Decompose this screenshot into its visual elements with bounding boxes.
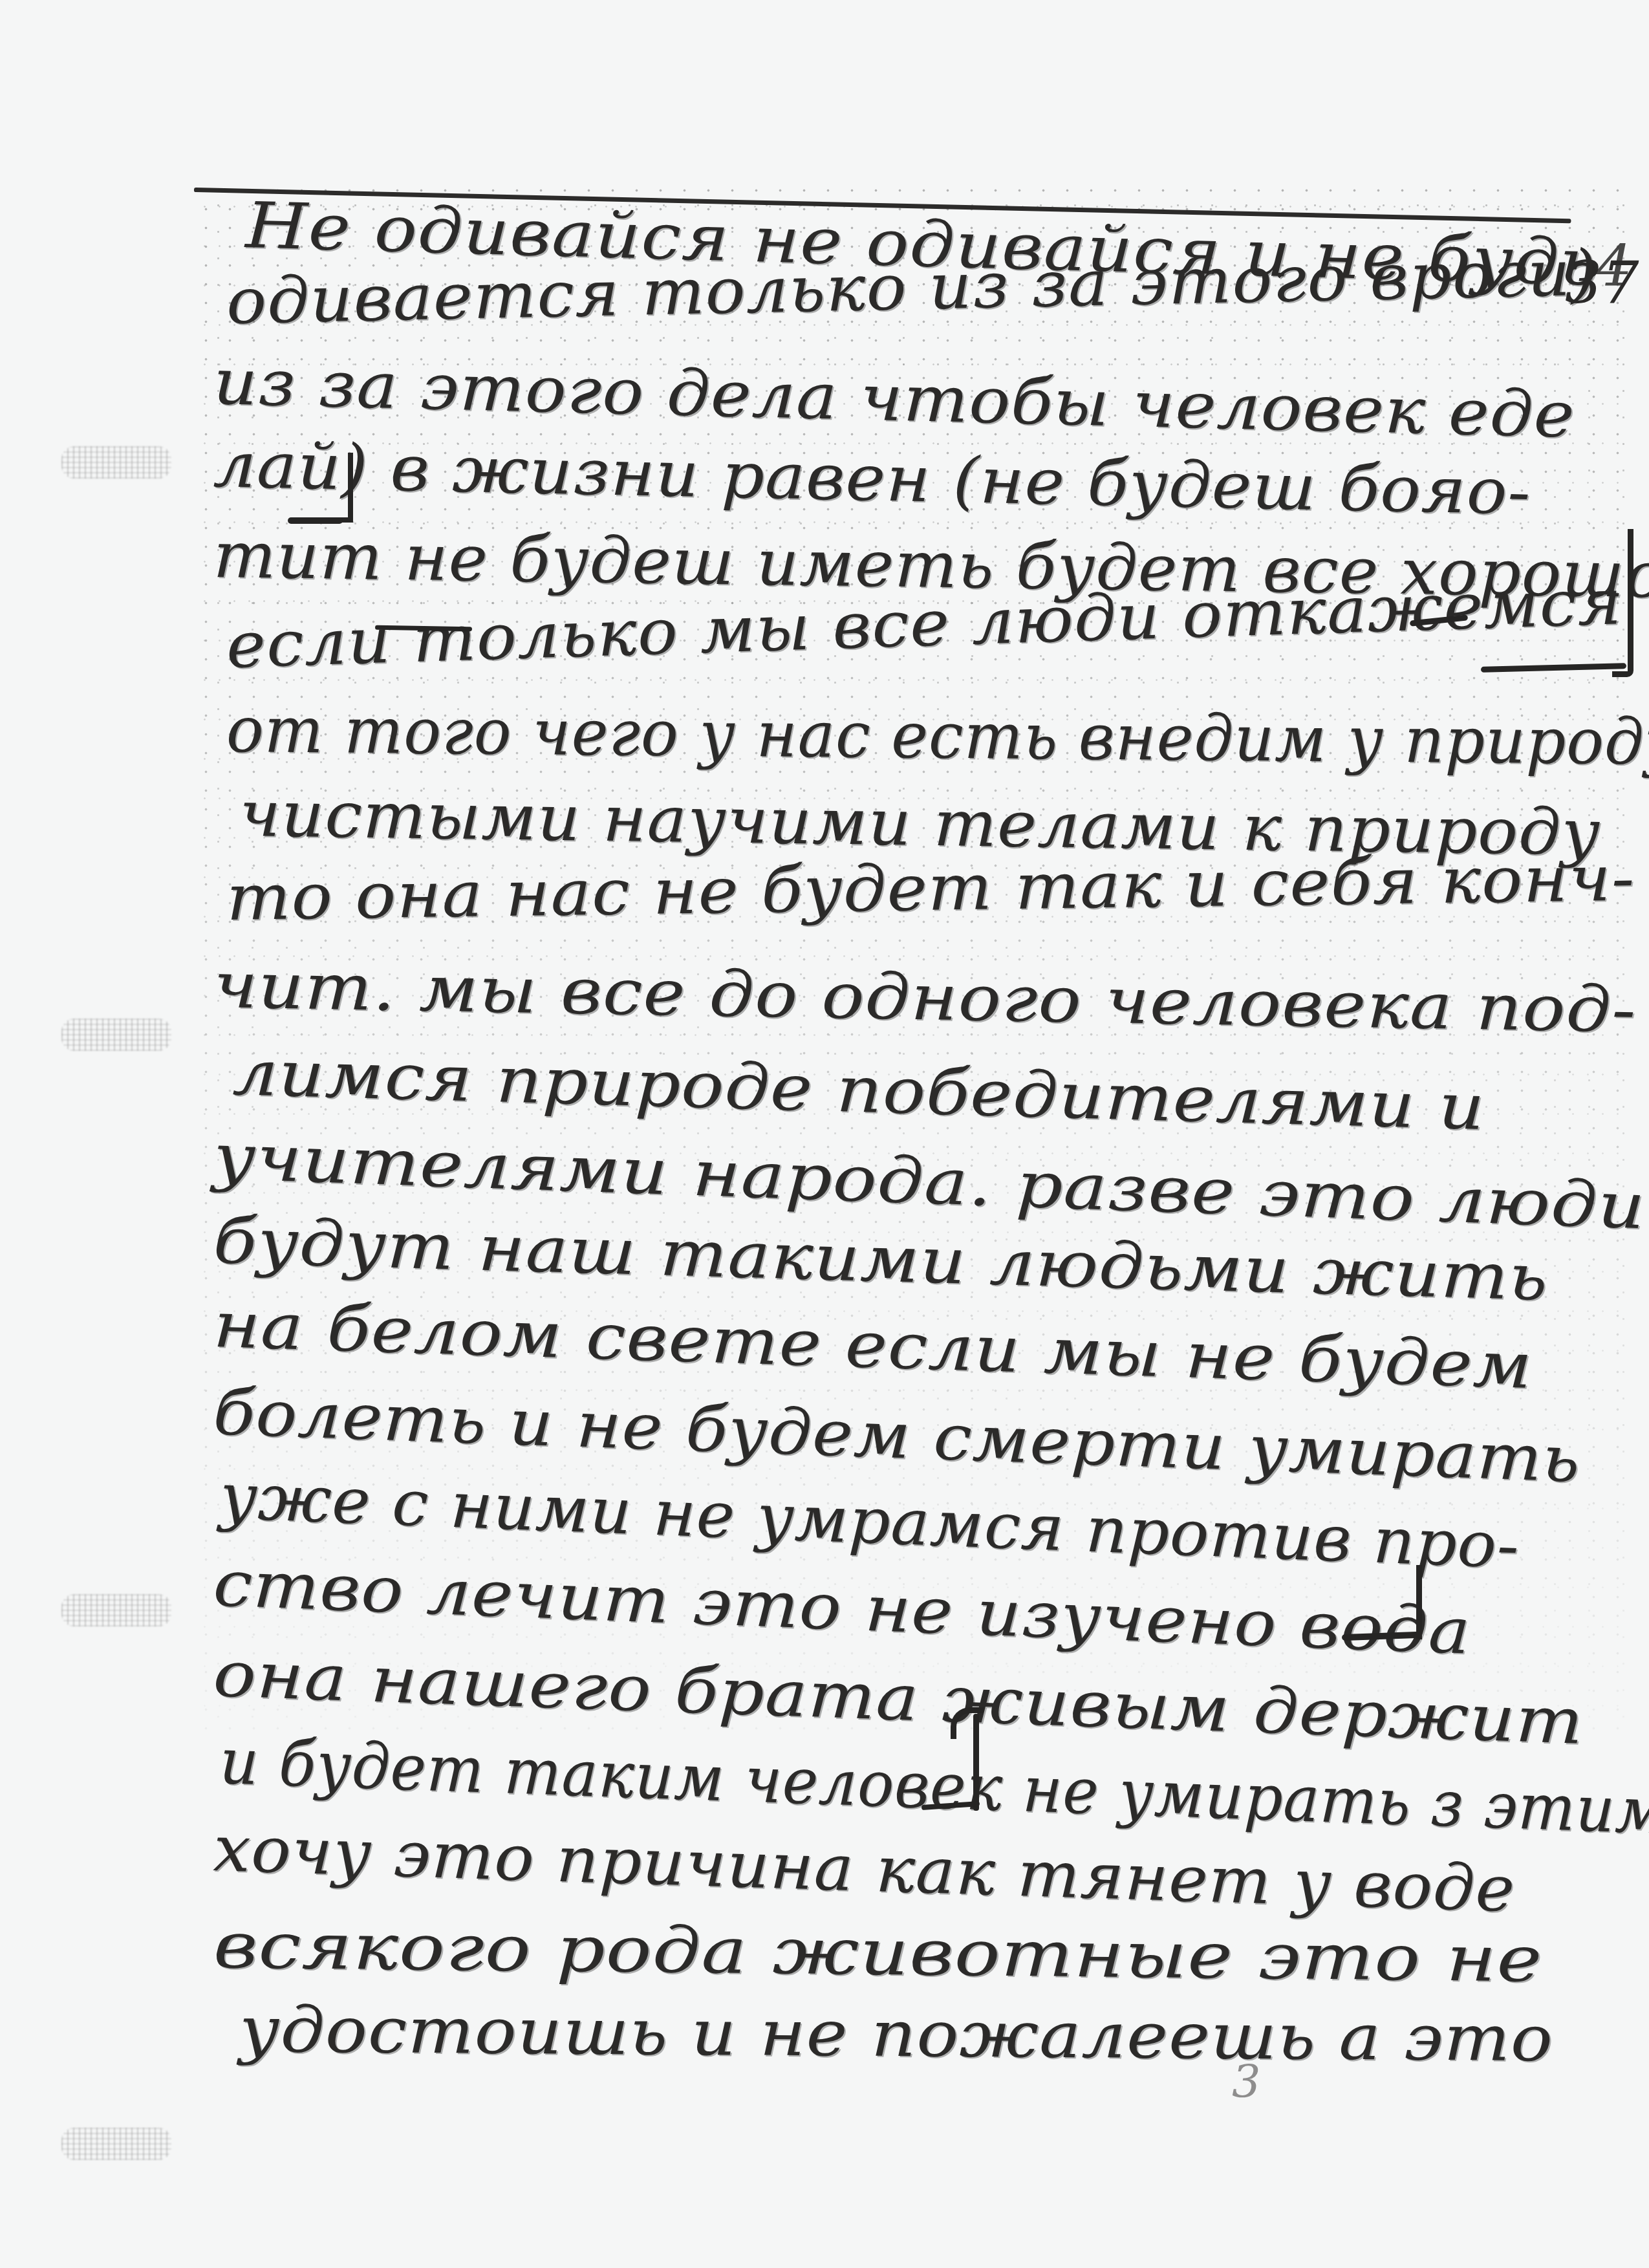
- binder-hole-smudge: [61, 1594, 171, 1626]
- page-number-overwrite: 4: [1596, 233, 1632, 299]
- bracket-mark: [335, 453, 353, 523]
- stray-pencil-mark: 3: [1232, 2055, 1261, 2108]
- right-bracket-mark: [1612, 529, 1633, 677]
- bracket-voda-mark: [1410, 1565, 1422, 1639]
- insertion-caret-mark: [954, 1707, 993, 1817]
- manuscript-line: то она нас не будет так и себя конч-: [226, 847, 1635, 930]
- binder-hole-smudge: [61, 2128, 171, 2160]
- manuscript-line: удостоишь и не пожалеешь а это: [239, 1998, 1554, 2071]
- insertion-stem: [973, 1714, 979, 1811]
- binder-hole-smudge: [61, 446, 171, 479]
- manuscript-line: всякого рода животные это не: [213, 1914, 1542, 1992]
- manuscript-page: 37 4 Не одивайся не одивайся и не будь о…: [0, 0, 1649, 2268]
- manuscript-line: от того чего у нас есть внедим у природу: [226, 698, 1649, 775]
- binder-hole-smudge: [61, 1019, 171, 1051]
- underline-mark: [288, 517, 343, 524]
